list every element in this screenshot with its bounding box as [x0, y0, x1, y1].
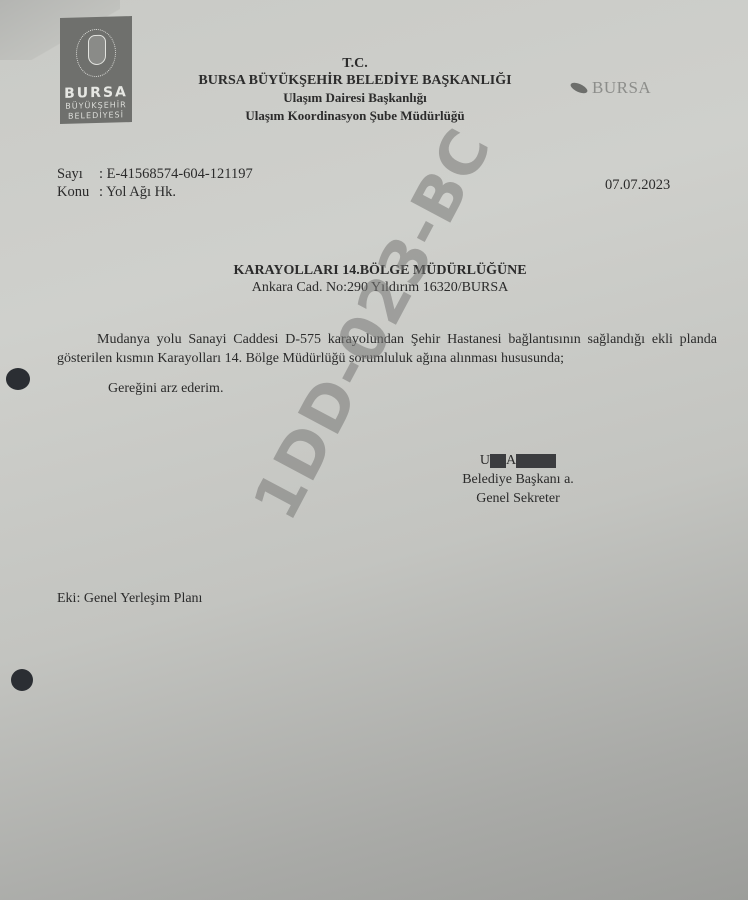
letter-reference: Sayı : E-41568574-604-121197 Konu : Yol … — [57, 165, 253, 201]
bursa-municipality-logo: BURSA BÜYÜKŞEHİR BELEDİYESİ — [60, 16, 132, 124]
signatory-position: Genel Sekreter — [448, 489, 588, 508]
logo-text-bursa: BURSA — [64, 84, 128, 102]
signatory-initial-last: A — [506, 451, 516, 470]
letter-page: BURSA BÜYÜKŞEHİR BELEDİYESİ T.C. BURSA B… — [0, 0, 748, 900]
closing-line: Gereğini arz ederim. — [108, 381, 223, 397]
subject-label: Konu — [57, 183, 99, 201]
letterhead-organization: BURSA BÜYÜKŞEHİR BELEDİYE BAŞKANLIĞI — [180, 72, 530, 89]
signatory-name: U A — [480, 451, 556, 470]
subject-row: Konu : Yol Ağı Hk. — [57, 183, 253, 201]
signatory-initial-first: U — [480, 451, 490, 470]
bursa-bird-logo-icon — [568, 80, 588, 96]
letter-date: 07.07.2023 — [605, 177, 670, 194]
letterhead-tc: T.C. — [180, 55, 530, 72]
bursa-city-logo: BURSA — [568, 70, 651, 106]
punch-hole-icon — [11, 669, 33, 691]
attachment-note: Eki: Genel Yerleşim Planı — [57, 591, 202, 607]
letterhead: T.C. BURSA BÜYÜKŞEHİR BELEDİYE BAŞKANLIĞ… — [180, 55, 530, 125]
punch-hole-icon — [6, 368, 30, 390]
subject-value: : Yol Ağı Hk. — [99, 183, 176, 201]
logo-text-belediyesi: BELEDİYESİ — [68, 110, 124, 121]
city-logo-word: BURSA — [592, 78, 651, 98]
letterhead-department: Ulaşım Dairesi Başkanlığı — [180, 89, 530, 107]
letterhead-sub-department: Ulaşım Koordinasyon Şube Müdürlüğü — [180, 107, 530, 125]
signature-block: U A Belediye Başkanı a. Genel Sekreter — [448, 451, 588, 508]
redaction-bar — [516, 454, 556, 468]
signatory-title: Belediye Başkanı a. — [448, 470, 588, 489]
bursa-crest-icon — [76, 28, 116, 77]
redaction-bar — [490, 454, 506, 468]
reference-number-label: Sayı — [57, 165, 99, 183]
reference-number-row: Sayı : E-41568574-604-121197 — [57, 165, 253, 183]
reference-number-value: : E-41568574-604-121197 — [99, 165, 253, 183]
